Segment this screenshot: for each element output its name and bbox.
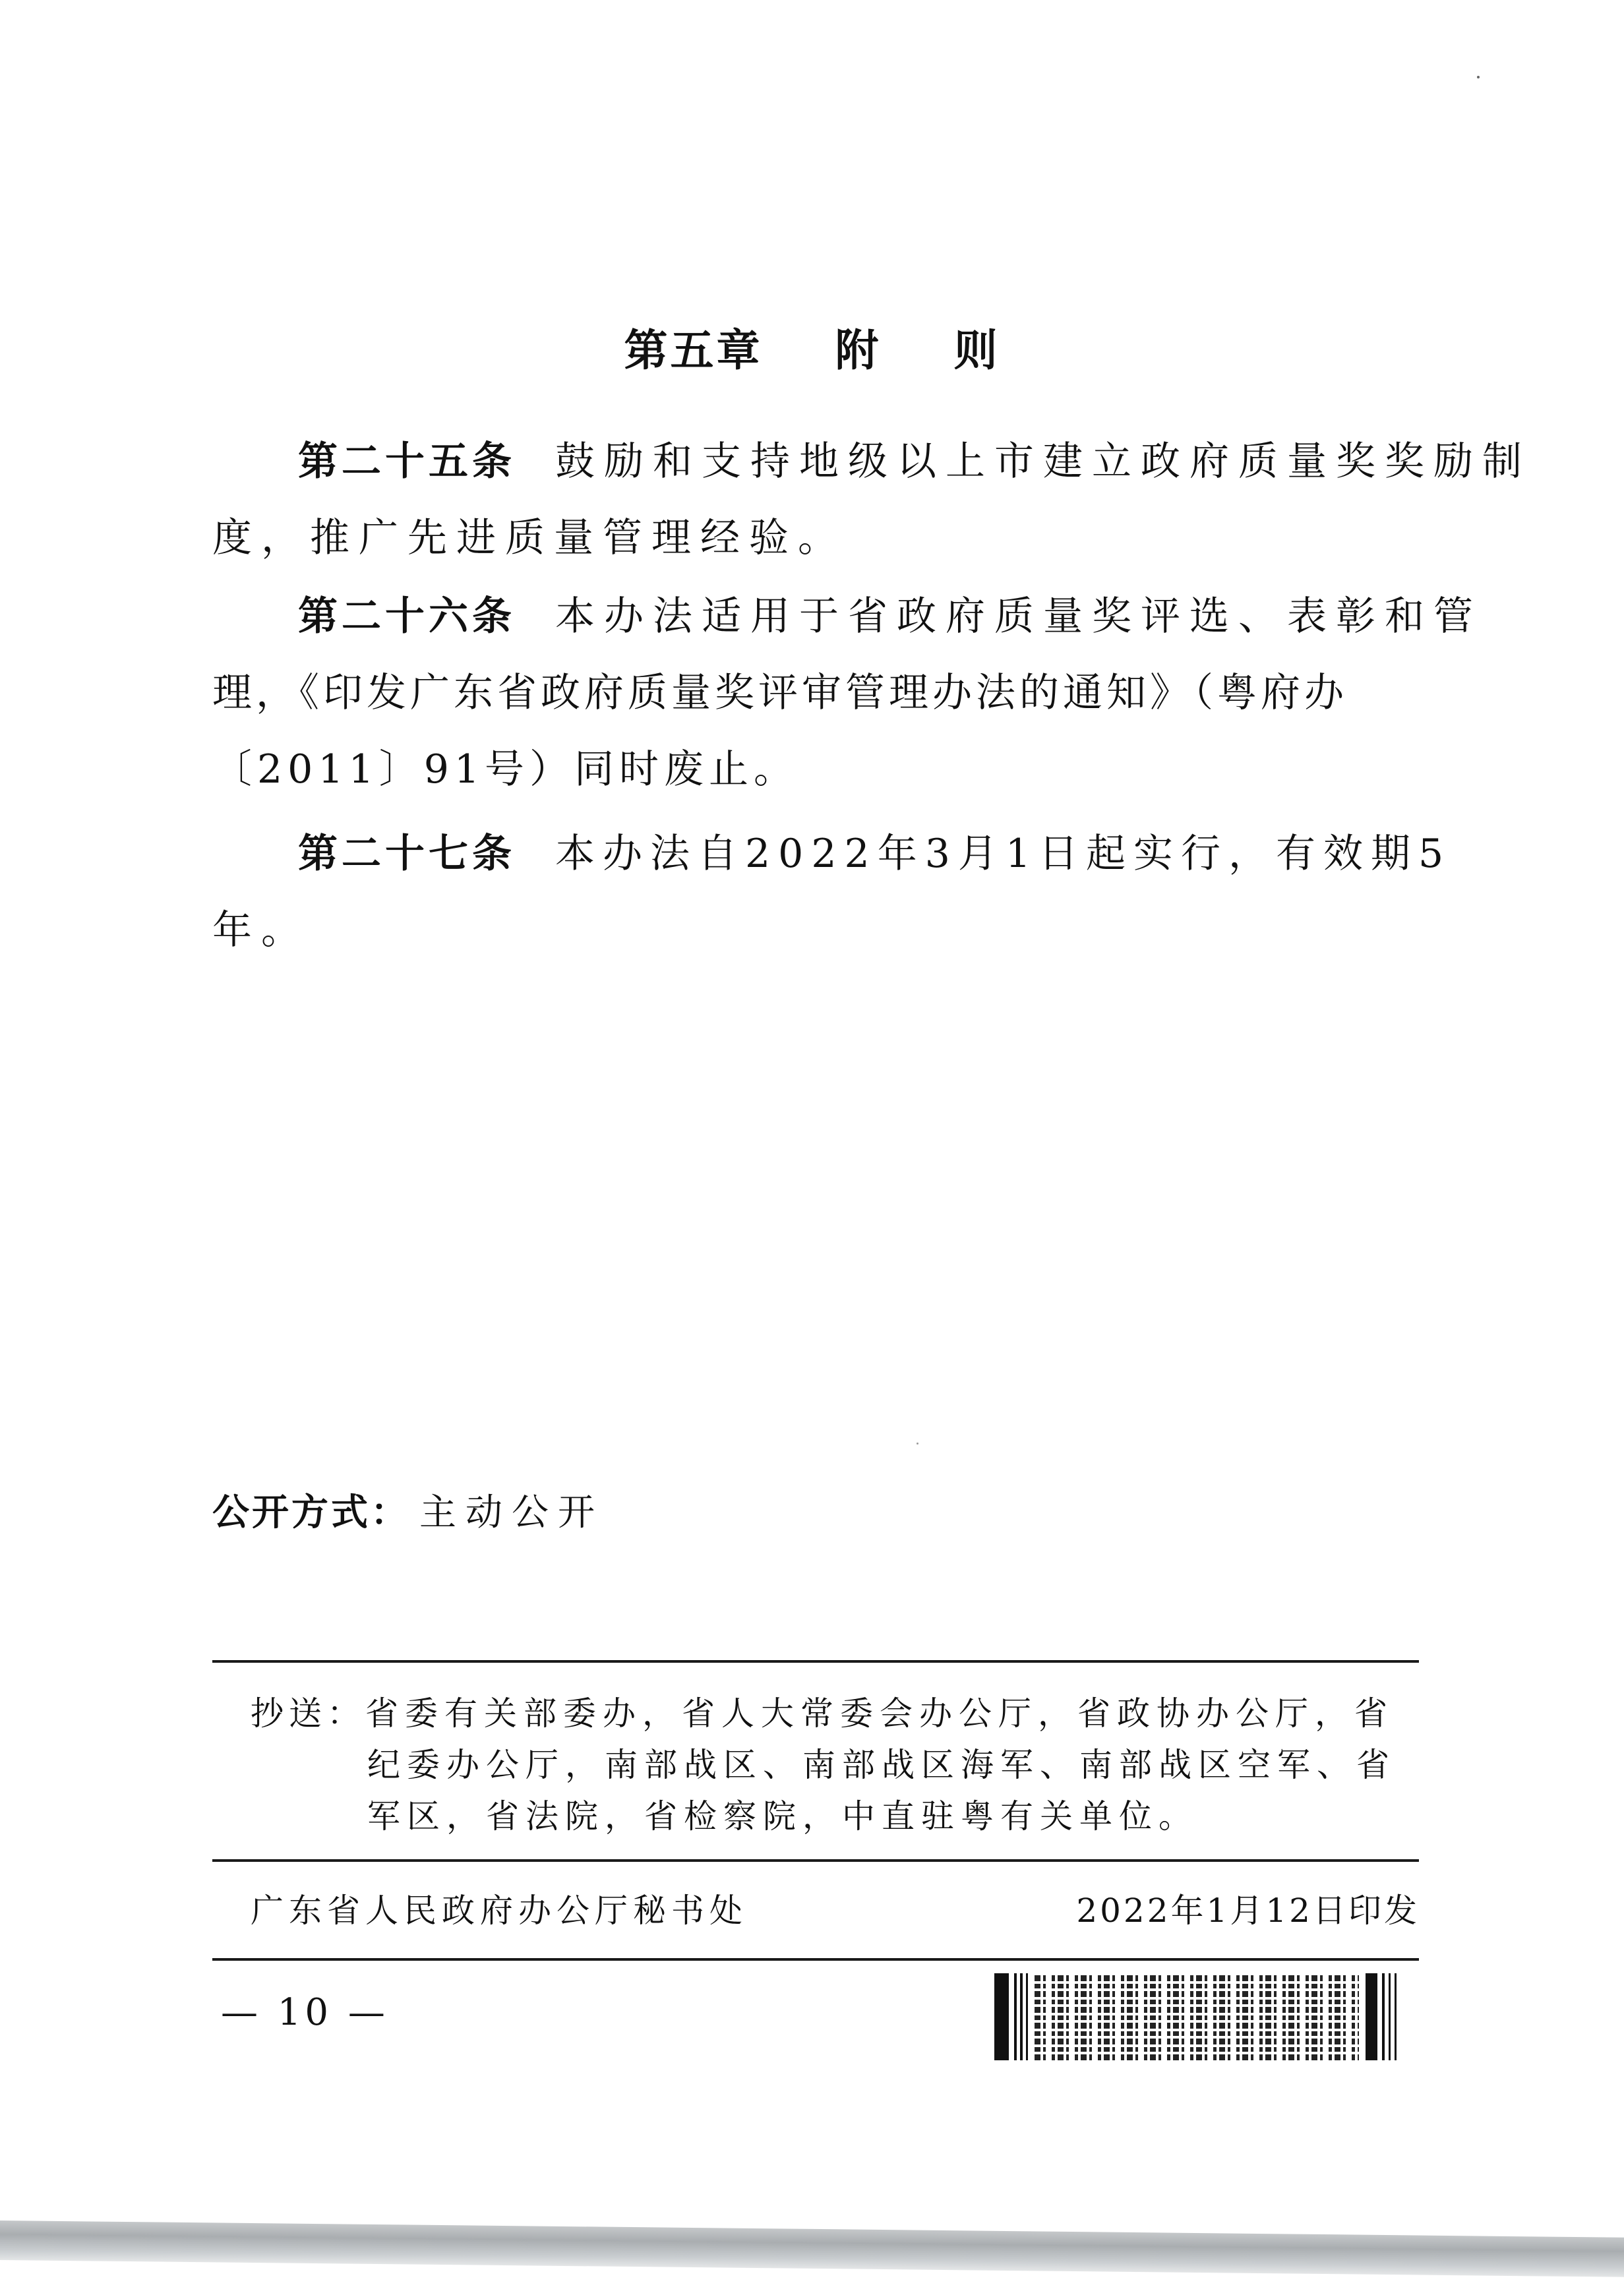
article-line: 年。 [212, 892, 1419, 969]
divider-bottom [212, 1958, 1419, 1961]
article-26: 第二十六条本办法适用于省政府质量奖评选、表彰和管 理，《印发广东省政府质量奖评审… [212, 578, 1419, 808]
cc-line: 抄送：省委有关部委办，省人大常委会办公厅，省政协办公厅，省 [251, 1688, 1396, 1739]
chapter-name-char-2: 则 [954, 324, 1000, 376]
article-label: 第二十六条 [298, 593, 516, 640]
article-line: 度，推广先进质量管理经验。 [212, 500, 1419, 576]
article-line: 第二十六条本办法适用于省政府质量奖评选、表彰和管 [212, 578, 1419, 655]
disclosure-label: 公开方式： [212, 1491, 410, 1534]
scan-edge-band [0, 2220, 1624, 2277]
disclosure-method: 公开方式：主动公开 [212, 1483, 604, 1536]
disclosure-value: 主动公开 [419, 1491, 604, 1534]
barcode-icon [994, 1973, 1397, 2060]
article-line: 〔2011〕91号）同时废止。 [212, 731, 1419, 808]
article-label: 第二十七条 [298, 831, 516, 877]
scan-speck [1477, 76, 1480, 78]
chapter-number: 第五章 [624, 324, 763, 376]
article-line: 第二十七条本办法自2022年3月1日起实行，有效期5 [212, 816, 1419, 892]
print-date: 2022年1月12日印发 [1076, 1884, 1420, 1932]
issuer: 广东省人民政府办公厅秘书处 [251, 1884, 748, 1932]
article-line: 理，《印发广东省政府质量奖评审管理办法的通知》（粤府办 [212, 655, 1419, 731]
divider-top [212, 1660, 1419, 1663]
article-27: 第二十七条本办法自2022年3月1日起实行，有效期5 年。 [212, 816, 1419, 969]
cc-line: 军区，省法院，省检察院，中直驻粤有关单位。 [251, 1791, 1396, 1842]
chapter-title: 第五章附则 [0, 315, 1624, 378]
article-label: 第二十五条 [298, 438, 516, 485]
cc-line: 纪委办公厅，南部战区、南部战区海军、南部战区空军、省 [251, 1739, 1396, 1791]
page-number: — 10 — [221, 1991, 389, 2034]
article-25: 第二十五条鼓励和支持地级以上市建立政府质量奖奖励制 度，推广先进质量管理经验。 [212, 423, 1419, 576]
divider-middle [212, 1859, 1419, 1862]
chapter-name-char-1: 附 [835, 324, 882, 376]
article-line: 第二十五条鼓励和支持地级以上市建立政府质量奖奖励制 [212, 423, 1419, 500]
cc-label: 抄送： [251, 1694, 365, 1733]
cc-block: 抄送：省委有关部委办，省人大常委会办公厅，省政协办公厅，省 纪委办公厅，南部战区… [251, 1688, 1396, 1842]
scan-speck [917, 1443, 918, 1445]
